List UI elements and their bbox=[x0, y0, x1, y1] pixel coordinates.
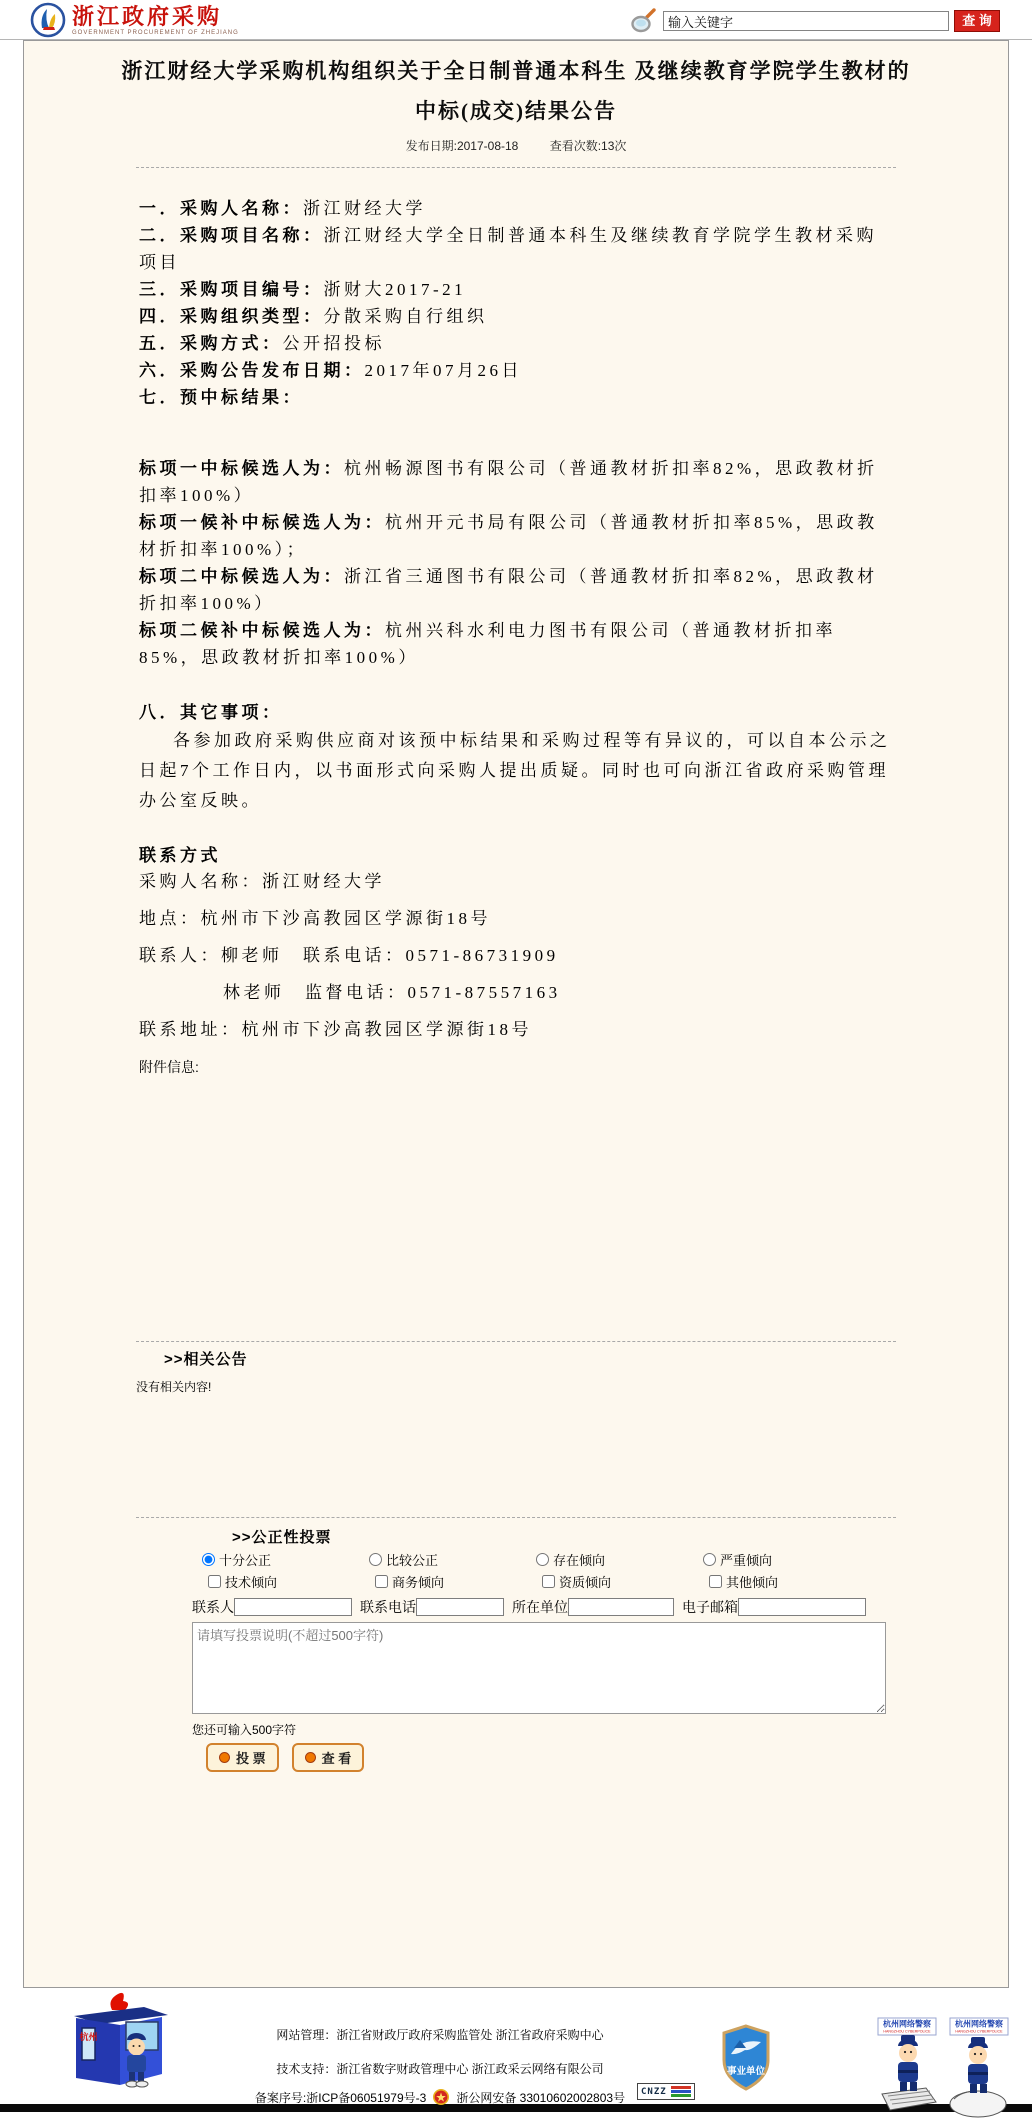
footer-admin-line: 网站管理：浙江省财政厅政府采购监管处 浙江省政府采购中心 bbox=[225, 2026, 655, 2043]
item-prewin-result: 七．预中标结果： bbox=[139, 384, 893, 411]
view-button[interactable]: 查 看 bbox=[292, 1743, 365, 1772]
logo-title: 浙江政府采购 bbox=[72, 5, 239, 29]
radio-fairly-fair[interactable]: 比较公正 bbox=[369, 1550, 536, 1569]
contact-person-phone: 联系人：柳老师 联系电话：0571-86731909 bbox=[139, 943, 893, 969]
contact-heading: 联系方式 bbox=[139, 842, 893, 869]
site-logo[interactable]: 浙江政府采购 GOVERNMENT PROCUREMENT OF ZHEJIAN… bbox=[30, 2, 239, 38]
vote-section-wrap bbox=[136, 1517, 896, 1518]
radio-fairly-fair-input[interactable] bbox=[369, 1553, 382, 1566]
vote-fields-row: 联系人 联系电话 所在单位 电子邮箱 bbox=[192, 1597, 886, 1617]
item-announce-date: 六．采购公告发布日期：2017年07月26日 bbox=[139, 357, 893, 384]
cyber-police-image[interactable]: 杭州网络警察 HANGZHOU CYBERPOLICE 杭州网络警察 HANGZ… bbox=[874, 2016, 1014, 2120]
bullet-icon bbox=[219, 1752, 230, 1763]
field-unit: 所在单位 bbox=[512, 1597, 682, 1617]
police-kiosk-image[interactable]: 杭州 bbox=[48, 1992, 198, 2092]
checkbox-other-bias[interactable]: 其他倾向 bbox=[709, 1572, 876, 1591]
char-counter: 您还可输入500字符 bbox=[192, 1721, 886, 1738]
title-line-1: 浙江财经大学采购机构组织关于全日制普通本科生 及继续教育学院学生教材的 bbox=[84, 51, 948, 91]
vote-heading: >>公正性投票 bbox=[192, 1526, 886, 1547]
result-lot1-winner: 标项一中标候选人为：杭州畅源图书有限公司（普通教材折扣率82%，思政教材折扣率1… bbox=[139, 455, 893, 509]
result-lot2-winner: 标项二中标候选人为：浙江省三通图书有限公司（普通教材折扣率82%，思政教材折扣率… bbox=[139, 563, 893, 617]
item-purchaser: 一．采购人名称：浙江财经大学 bbox=[139, 195, 893, 222]
field-email: 电子邮箱 bbox=[682, 1597, 866, 1617]
footer-text-block: 网站管理：浙江省财政厅政府采购监管处 浙江省政府采购中心 技术支持：浙江省数字财… bbox=[225, 2026, 655, 2106]
icp-number[interactable]: 备案序号:浙ICP备06051979号-3 bbox=[255, 2089, 426, 2106]
contact-location: 地点：杭州市下沙高教园区学源街18号 bbox=[139, 906, 893, 932]
result-lot1-alternate: 标项一候补中标候选人为：杭州开元书局有限公司（普通教材折扣率85%，思政教材折扣… bbox=[139, 509, 893, 563]
page-footer: 杭州 网站管理：浙江省财政厅政府采购监管处 浙江省政府采购中心 技术支持：浙江省… bbox=[0, 1988, 1032, 2104]
police-banner-left: 杭州网络警察 bbox=[883, 2019, 931, 2029]
police-banner-left-sub: HANGZHOU CYBERPOLICE bbox=[883, 2030, 931, 2034]
footer-tech-line: 技术支持：浙江省数字财政管理中心 浙江政采云网络有限公司 bbox=[225, 2060, 655, 2077]
announcement-meta: 发布日期:2017-08-18 查看次数:13次 bbox=[24, 137, 1008, 154]
title-line-2: 中标(成交)结果公告 bbox=[84, 91, 948, 131]
announcement-body: 一．采购人名称：浙江财经大学 二．采购项目名称：浙江财经大学全日制普通本科生及继… bbox=[139, 195, 893, 1080]
vote-button[interactable]: 投 票 bbox=[206, 1743, 279, 1772]
related-heading: >>相关公告 bbox=[136, 1348, 896, 1369]
item-organization-type: 四．采购组织类型：分散采购自行组织 bbox=[139, 303, 893, 330]
spacer bbox=[24, 1091, 1008, 1341]
bias-checkbox-row: 技术倾向 商务倾向 资质倾向 其他倾向 bbox=[192, 1572, 886, 1591]
vote-comment-textarea[interactable] bbox=[192, 1622, 886, 1714]
meta-separator bbox=[136, 167, 896, 168]
page-title: 浙江财经大学采购机构组织关于全日制普通本科生 及继续教育学院学生教材的 中标(成… bbox=[84, 51, 948, 131]
other-matters-heading: 八．其它事项： bbox=[139, 699, 893, 726]
contact-name-input[interactable] bbox=[234, 1598, 352, 1616]
search-icon bbox=[630, 8, 658, 34]
vote-separator bbox=[136, 1517, 896, 1518]
logo-subtitle: GOVERNMENT PROCUREMENT OF ZHEJIANG bbox=[72, 30, 239, 36]
logo-text: 浙江政府采购 GOVERNMENT PROCUREMENT OF ZHEJIAN… bbox=[72, 5, 239, 36]
cnzz-label: CNZZ bbox=[641, 2087, 667, 2097]
contact-address: 联系地址：杭州市下沙高教园区学源街18号 bbox=[139, 1017, 893, 1043]
police-banner-right: 杭州网络警察 bbox=[955, 2019, 1003, 2029]
publish-date: 发布日期:2017-08-18 bbox=[406, 139, 519, 153]
public-security-badge-icon bbox=[433, 2088, 449, 2106]
cnzz-bars-icon bbox=[671, 2085, 691, 2098]
kiosk-sign-label: 杭州 bbox=[79, 2031, 97, 2042]
checkbox-business-bias-input[interactable] bbox=[375, 1575, 388, 1588]
result-lot2-alternate: 标项二候补中标候选人为：杭州兴科水利电力图书有限公司（普通教材折扣率85%，思政… bbox=[139, 617, 893, 671]
work-unit-input[interactable] bbox=[568, 1598, 674, 1616]
radio-very-fair-input[interactable] bbox=[202, 1553, 215, 1566]
bullet-icon bbox=[305, 1752, 316, 1763]
checkbox-qualification-bias[interactable]: 资质倾向 bbox=[542, 1572, 709, 1591]
footer-record-line: 备案序号:浙ICP备06051979号-3 浙公网安备 330106020028… bbox=[225, 2088, 655, 2106]
item-project-number: 三．采购项目编号：浙财大2017-21 bbox=[139, 276, 893, 303]
logo-emblem-icon bbox=[30, 2, 66, 38]
related-announcements-section: >>相关公告 没有相关内容! bbox=[136, 1341, 896, 1395]
radio-very-fair[interactable]: 十分公正 bbox=[202, 1550, 369, 1569]
checkbox-technical-bias-input[interactable] bbox=[208, 1575, 221, 1588]
item-procurement-method: 五．采购方式：公开招投标 bbox=[139, 330, 893, 357]
police-banner-right-sub: HANGZHOU CYBERPOLICE bbox=[955, 2030, 1003, 2034]
security-record-number[interactable]: 浙公网安备 33010602002803号 bbox=[456, 2089, 625, 2106]
contact-purchaser: 采购人名称：浙江财经大学 bbox=[139, 869, 893, 895]
field-phone: 联系电话 bbox=[360, 1597, 512, 1617]
checkbox-technical-bias[interactable]: 技术倾向 bbox=[208, 1572, 375, 1591]
contact-supervisor-phone: 林老师 监督电话：0571-87557163 bbox=[139, 980, 893, 1006]
unit-badge-label: 事业单位 bbox=[727, 2065, 766, 2077]
objection-paragraph: 各参加政府采购供应商对该预中标结果和采购过程等有异议的，可以自本公示之日起7个工… bbox=[139, 726, 893, 816]
search-bar: 查 询 bbox=[630, 8, 1000, 34]
cnzz-badge[interactable]: CNZZ bbox=[637, 2083, 695, 2100]
fairness-vote-form: >>公正性投票 十分公正 比较公正 存在倾向 严重倾向 技术倾向 商务倾向 资质… bbox=[192, 1526, 886, 1772]
related-separator bbox=[136, 1341, 896, 1342]
field-contact: 联系人 bbox=[192, 1597, 360, 1617]
email-input[interactable] bbox=[738, 1598, 866, 1616]
item-project-name: 二．采购项目名称：浙江财经大学全日制普通本科生及继续教育学院学生教材采购项目 bbox=[139, 222, 893, 276]
top-header: 浙江政府采购 GOVERNMENT PROCUREMENT OF ZHEJIAN… bbox=[0, 0, 1032, 40]
radio-severe-bias[interactable]: 严重倾向 bbox=[703, 1550, 870, 1569]
search-input[interactable] bbox=[663, 11, 949, 31]
attachment-label: 附件信息: bbox=[139, 1054, 893, 1080]
public-institution-badge[interactable]: 事业单位 bbox=[720, 2024, 772, 2092]
spacer bbox=[24, 1395, 1008, 1517]
related-empty-text: 没有相关内容! bbox=[136, 1378, 896, 1395]
radio-some-bias-input[interactable] bbox=[536, 1553, 549, 1566]
spacer bbox=[139, 411, 893, 455]
contact-phone-input[interactable] bbox=[416, 1598, 504, 1616]
checkbox-business-bias[interactable]: 商务倾向 bbox=[375, 1572, 542, 1591]
checkbox-other-bias-input[interactable] bbox=[709, 1575, 722, 1588]
checkbox-qualification-bias-input[interactable] bbox=[542, 1575, 555, 1588]
radio-some-bias[interactable]: 存在倾向 bbox=[536, 1550, 703, 1569]
announcement-panel: 浙江财经大学采购机构组织关于全日制普通本科生 及继续教育学院学生教材的 中标(成… bbox=[23, 40, 1009, 1988]
spacer bbox=[139, 671, 893, 699]
search-button[interactable]: 查 询 bbox=[954, 10, 1000, 32]
view-count: 查看次数:13次 bbox=[550, 139, 627, 153]
fairness-radio-row: 十分公正 比较公正 存在倾向 严重倾向 bbox=[192, 1550, 886, 1569]
radio-severe-bias-input[interactable] bbox=[703, 1553, 716, 1566]
spacer bbox=[139, 816, 893, 842]
vote-buttons: 投 票 查 看 bbox=[206, 1743, 886, 1772]
